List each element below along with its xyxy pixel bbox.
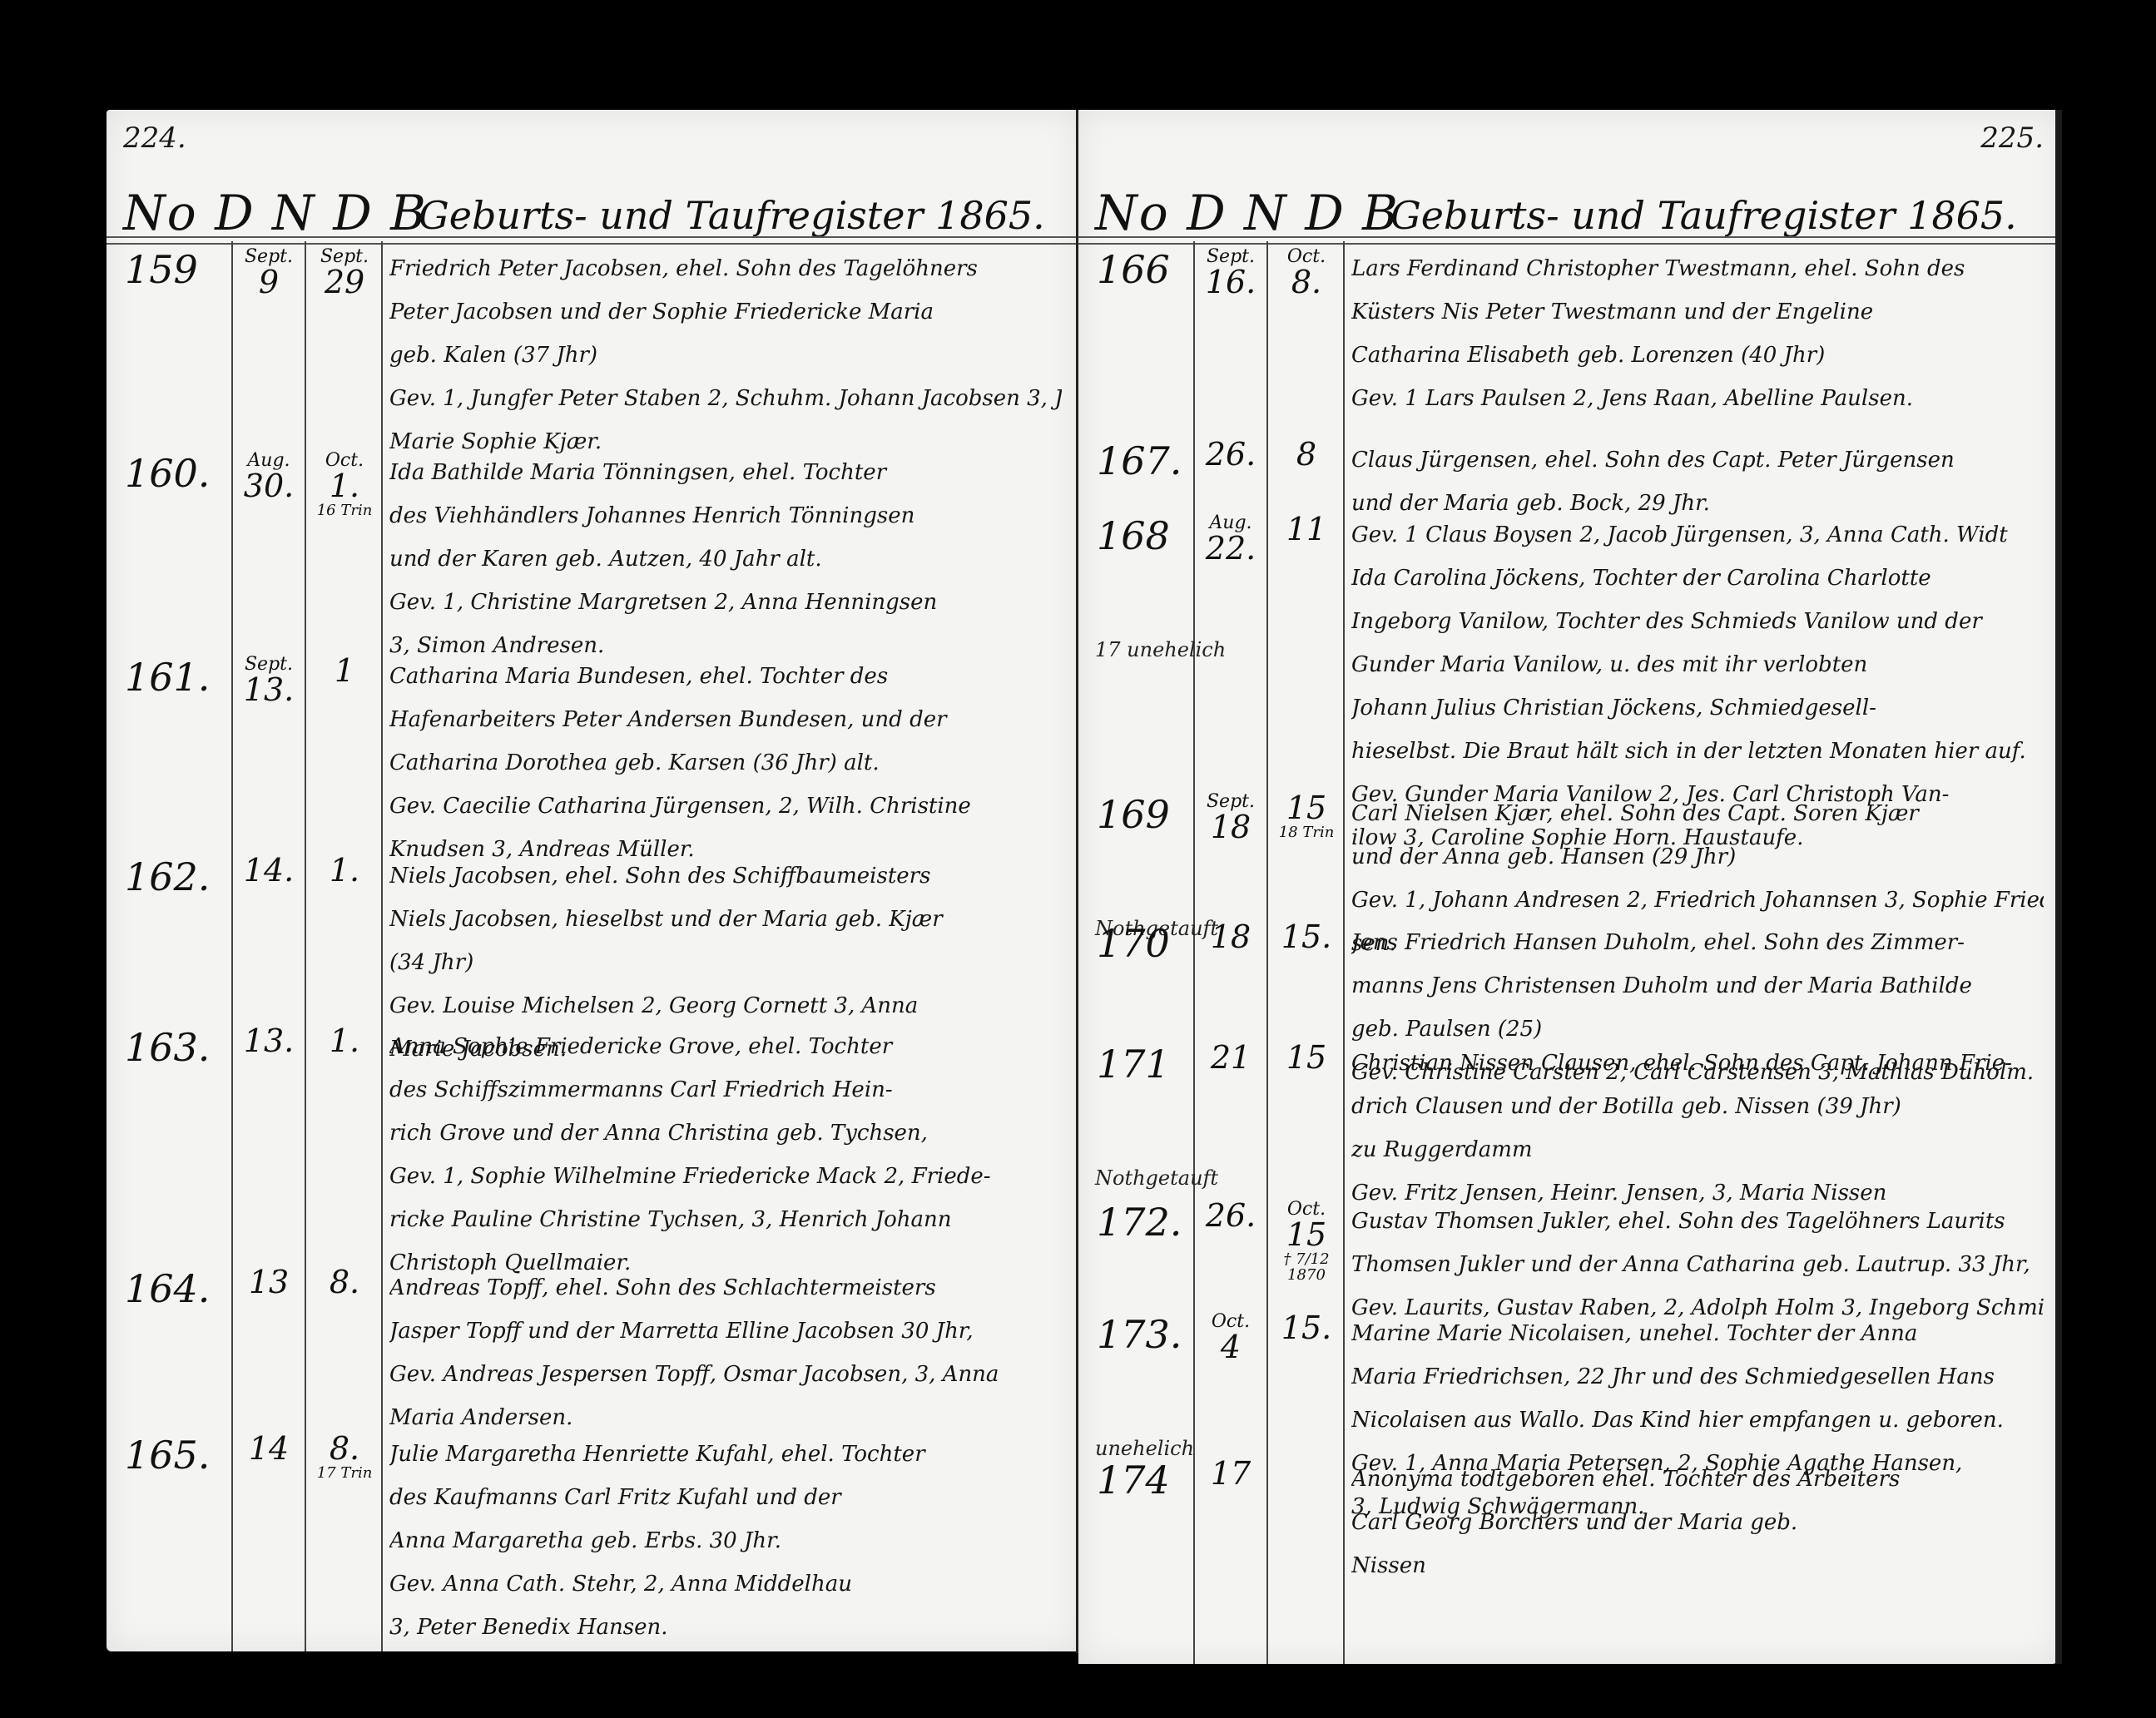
birth-date: Aug.22. xyxy=(1197,513,1264,566)
page-number: 224. xyxy=(123,121,186,155)
birth-date: 14. xyxy=(235,854,302,888)
entry-line: Gustav Thomsen Jukler, ehel. Sohn des Ta… xyxy=(1351,1200,2044,1243)
birth-day: 13. xyxy=(244,1022,294,1059)
birth-date: Sept.9 xyxy=(235,247,302,300)
entry-number: 166 xyxy=(1097,247,1172,292)
left-page: 224. No D N D B Geburts- und Taufregiste… xyxy=(107,110,1078,1651)
baptism-day: 1 xyxy=(335,652,354,689)
entry-line: rich Grove und der Anna Christina geb. T… xyxy=(389,1112,1062,1155)
entry-number: 171 xyxy=(1097,1042,1172,1087)
entry-line: Gev. 1, Jungfer Peter Staben 2, Schuhm. … xyxy=(389,377,1062,420)
entry-line: Lars Ferdinand Christopher Twestmann, eh… xyxy=(1351,247,2044,290)
entry-number: 168 xyxy=(1097,513,1172,558)
baptism-date: Oct.1.16 Trin xyxy=(311,451,378,519)
entry-line: Maria Friedrichsen, 22 Jhr und des Schmi… xyxy=(1351,1355,2044,1399)
birth-day: 30. xyxy=(244,468,294,504)
entry-line: zu Ruggerdamm xyxy=(1351,1128,2044,1171)
baptism-date: 1518 Trin xyxy=(1273,792,1340,841)
entry-text: Anna Sophie Friedericke Grove, ehel. Toc… xyxy=(389,1025,1062,1285)
entry-line: Gev. 1, Sophie Wilhelmine Friedericke Ma… xyxy=(389,1155,1062,1198)
entry-text: Claus Jürgensen, ehel. Sohn des Capt. Pe… xyxy=(1351,438,2044,525)
baptism-day: 15 xyxy=(1286,1216,1326,1253)
birth-day: 14 xyxy=(249,1430,289,1467)
entry-line: Hafenarbeiters Peter Andersen Bundesen, … xyxy=(389,698,1062,741)
entry-line: Gev. 1, Johann Andresen 2, Friedrich Joh… xyxy=(1351,879,2044,922)
entry-text: Christian Nissen Clausen, ehel. Sohn des… xyxy=(1351,1042,2044,1215)
entry-line: Thomsen Jukler und der Anna Catharina ge… xyxy=(1351,1243,2044,1286)
baptism-date: Sept.29 xyxy=(311,247,378,300)
baptism-date: 1. xyxy=(311,854,378,888)
birth-day: 13. xyxy=(244,671,294,708)
entry-line: Anna Sophie Friedericke Grove, ehel. Toc… xyxy=(389,1025,1062,1068)
birth-day: 18 xyxy=(1211,918,1251,955)
entry-line: Nicolaisen aus Wallo. Das Kind hier empf… xyxy=(1351,1399,2044,1442)
baptism-day: 15. xyxy=(1281,1310,1331,1346)
birth-day: 17 xyxy=(1211,1455,1251,1492)
baptism-day: 15 xyxy=(1286,1039,1326,1076)
baptism-day: 8. xyxy=(1291,264,1321,300)
birth-day: 26. xyxy=(1206,436,1256,473)
birth-day: 18 xyxy=(1211,809,1251,845)
birth-day: 16. xyxy=(1206,264,1256,300)
birth-date: Sept.18 xyxy=(1197,792,1264,844)
entry-text: Lars Ferdinand Christopher Twestmann, eh… xyxy=(1351,247,2044,420)
entry-line: (34 Jhr) xyxy=(389,941,1062,984)
column-divider xyxy=(305,241,306,1651)
entry-line: Gunder Maria Vanilow, u. des mit ihr ver… xyxy=(1351,643,2044,686)
entry-line: Marine Marie Nicolaisen, unehel. Tochter… xyxy=(1351,1312,2044,1355)
birth-date: Oct.4 xyxy=(1197,1312,1264,1364)
entry-line: Ida Bathilde Maria Tönningsen, ehel. Toc… xyxy=(389,451,1062,494)
entry-text: Anonyma todtgeboren ehel. Tochter des Ar… xyxy=(1351,1458,2044,1587)
entry-number: 169 xyxy=(1097,792,1172,837)
right-page: 225. No D N D B Geburts- und Taufregiste… xyxy=(1078,110,2060,1664)
birth-day: 9 xyxy=(259,264,279,300)
entry-line: Ingeborg Vanilow, Tochter des Schmieds V… xyxy=(1351,600,2044,643)
margin-note: Nothgetauft xyxy=(1095,1166,1218,1190)
birth-day: 4 xyxy=(1221,1329,1241,1365)
entry-line: geb. Kalen (37 Jhr) xyxy=(389,334,1062,377)
birth-date: 13. xyxy=(235,1025,302,1058)
entry-line: Christian Nissen Clausen, ehel. Sohn des… xyxy=(1351,1042,2044,1085)
column-divider xyxy=(1343,241,1345,1664)
entry-line: 3, Peter Benedix Hansen. xyxy=(389,1606,1062,1649)
entry-line: Anna Margaretha geb. Erbs. 30 Jhr. xyxy=(389,1519,1062,1562)
margin-note: unehelich xyxy=(1095,1437,1194,1460)
entry-line: Peter Jacobsen und der Sophie Friederick… xyxy=(389,290,1062,334)
birth-date: 14 xyxy=(235,1433,302,1466)
birth-date: 26. xyxy=(1197,438,1264,472)
column-headers: No D N D B xyxy=(123,185,428,241)
entry-number: 161. xyxy=(125,655,200,700)
baptism-day: 8. xyxy=(330,1264,359,1300)
entry-line: Carl Georg Borchers und der Maria geb. xyxy=(1351,1501,2044,1544)
baptism-day: 15 xyxy=(1286,790,1326,826)
entry-text: Friedrich Peter Jacobsen, ehel. Sohn des… xyxy=(389,247,1062,463)
birth-date: 17 xyxy=(1197,1458,1264,1491)
baptism-day: 1. xyxy=(330,1022,359,1059)
margin-note: 17 unehelich xyxy=(1095,638,1226,661)
birth-day: 14. xyxy=(244,852,294,889)
baptism-date: 15. xyxy=(1273,1312,1340,1345)
entry-line: Gev. Anna Cath. Stehr, 2, Anna Middelhau xyxy=(389,1562,1062,1606)
birth-day: 26. xyxy=(1206,1197,1256,1234)
entry-number: 159 xyxy=(125,247,200,292)
birth-date: Sept.16. xyxy=(1197,247,1264,300)
birth-day: 13 xyxy=(249,1264,289,1300)
baptism-date: Oct.15† 7/12 1870 xyxy=(1273,1200,1340,1284)
birth-day: 22. xyxy=(1206,530,1256,567)
entry-line: ricke Pauline Christine Tychsen, 3, Henr… xyxy=(389,1198,1062,1241)
entry-line: Catharina Dorothea geb. Karsen (36 Jhr) … xyxy=(389,741,1062,785)
baptism-day: 1. xyxy=(330,852,359,889)
baptism-day: 29 xyxy=(325,264,364,300)
baptism-date: 8 xyxy=(1273,438,1340,472)
entry-number: 173. xyxy=(1097,1312,1172,1357)
entry-line: Johann Julius Christian Jöckens, Schmied… xyxy=(1351,686,2044,730)
entry-line: Gev. 1 Claus Boysen 2, Jacob Jürgensen, … xyxy=(1351,513,2044,557)
entry-number: 160. xyxy=(125,451,200,496)
entry-line: Gev. Louise Michelsen 2, Georg Cornett 3… xyxy=(389,984,1062,1027)
baptism-date: 8. xyxy=(311,1266,378,1300)
entry-number: 170 xyxy=(1097,921,1172,966)
baptism-day: 11 xyxy=(1286,511,1326,547)
entry-number: 163. xyxy=(125,1025,200,1070)
register-title: Geburts- und Taufregister 1865. xyxy=(419,193,1045,238)
entry-number: 164. xyxy=(125,1266,200,1311)
entry-text: Ida Bathilde Maria Tönningsen, ehel. Toc… xyxy=(389,451,1062,667)
entry-line: Friedrich Peter Jacobsen, ehel. Sohn des… xyxy=(389,247,1062,290)
baptism-day: 1. xyxy=(330,468,359,504)
entry-text: Catharina Maria Bundesen, ehel. Tochter … xyxy=(389,655,1062,871)
entry-line: Niels Jacobsen, ehel. Sohn des Schiffbau… xyxy=(389,854,1062,898)
baptism-date: 11 xyxy=(1273,513,1340,547)
baptism-note: 17 Trin xyxy=(311,1466,378,1482)
entry-text: Andreas Topff, ehel. Sohn des Schlachter… xyxy=(389,1266,1062,1439)
entry-number: 162. xyxy=(125,854,200,899)
entry-line: des Kaufmanns Carl Fritz Kufahl und der xyxy=(389,1476,1062,1519)
entry-line: und der Anna geb. Hansen (29 Jhr) xyxy=(1351,835,2044,879)
entry-line: Anonyma todtgeboren ehel. Tochter des Ar… xyxy=(1351,1458,2044,1501)
register-title: Geburts- und Taufregister 1865. xyxy=(1390,193,2017,238)
entry-line: Gev. 1, Christine Margretsen 2, Anna Hen… xyxy=(389,581,1062,624)
baptism-date: 1 xyxy=(311,655,378,688)
birth-day: 21 xyxy=(1211,1039,1251,1076)
entry-line: Julie Margaretha Henriette Kufahl, ehel.… xyxy=(389,1433,1062,1476)
entry-number: 167. xyxy=(1097,438,1172,483)
column-divider xyxy=(381,241,383,1651)
birth-date: Aug.30. xyxy=(235,451,302,503)
birth-date: 13 xyxy=(235,1266,302,1300)
entry-line: manns Jens Christensen Duholm und der Ma… xyxy=(1351,964,2044,1008)
entry-number: 174 xyxy=(1097,1458,1172,1503)
entry-line: und der Karen geb. Autzen, 40 Jahr alt. xyxy=(389,537,1062,581)
header-rule xyxy=(107,236,1078,245)
birth-date: Sept.13. xyxy=(235,655,302,707)
entry-number: 172. xyxy=(1097,1200,1172,1245)
entry-line: Gev. 1 Lars Paulsen 2, Jens Raan, Abelli… xyxy=(1351,377,2044,420)
baptism-day: 8 xyxy=(1296,436,1316,473)
entry-line: Claus Jürgensen, ehel. Sohn des Capt. Pe… xyxy=(1351,438,2044,482)
birth-date: 26. xyxy=(1197,1200,1264,1233)
entry-text: Gustav Thomsen Jukler, ehel. Sohn des Ta… xyxy=(1351,1200,2044,1329)
birth-date: 18 xyxy=(1197,921,1264,954)
header-rule xyxy=(1078,236,2060,245)
baptism-date: 8.17 Trin xyxy=(311,1433,378,1482)
baptism-date: Oct.8. xyxy=(1273,247,1340,300)
birth-date: 21 xyxy=(1197,1042,1264,1075)
entry-line: Jens Friedrich Hansen Duholm, ehel. Sohn… xyxy=(1351,921,2044,964)
entry-line: Gev. Caecilie Catharina Jürgensen, 2, Wi… xyxy=(389,785,1062,828)
entry-line: Catharina Elisabeth geb. Lorenzen (40 Jh… xyxy=(1351,334,2044,377)
page-number: 225. xyxy=(1980,121,2044,155)
baptism-date: 15. xyxy=(1273,921,1340,954)
baptism-note: 18 Trin xyxy=(1273,825,1340,841)
entry-line: drich Clausen und der Botilla geb. Nisse… xyxy=(1351,1085,2044,1128)
column-divider xyxy=(1266,241,1268,1664)
entry-line: Nissen xyxy=(1351,1544,2044,1587)
baptism-date: 1. xyxy=(311,1025,378,1058)
entry-line: Carl Nielsen Kjær, ehel. Sohn des Capt. … xyxy=(1351,792,2044,835)
entry-number: 165. xyxy=(125,1433,200,1478)
page-edge xyxy=(2055,110,2062,1664)
entry-line: Andreas Topff, ehel. Sohn des Schlachter… xyxy=(389,1266,1062,1310)
column-divider xyxy=(231,241,233,1651)
entry-line: Niels Jacobsen, hieselbst und der Maria … xyxy=(389,898,1062,941)
entry-line: Gev. Andreas Jespersen Topff, Osmar Jaco… xyxy=(389,1353,1062,1396)
entry-text: Julie Margaretha Henriette Kufahl, ehel.… xyxy=(389,1433,1062,1649)
baptism-note: † 7/12 1870 xyxy=(1273,1252,1340,1284)
column-headers: No D N D B xyxy=(1095,185,1400,241)
entry-line: Catharina Maria Bundesen, ehel. Tochter … xyxy=(389,655,1062,698)
entry-line: des Viehhändlers Johannes Henrich Tönnin… xyxy=(389,494,1062,537)
baptism-day: 8. xyxy=(330,1430,359,1467)
baptism-note: 16 Trin xyxy=(311,503,378,519)
entry-line: Jasper Topff und der Marretta Elline Jac… xyxy=(389,1310,1062,1353)
entry-line: des Schiffszimmermanns Carl Friedrich He… xyxy=(389,1068,1062,1112)
entry-line: hieselbst. Die Braut hält sich in der le… xyxy=(1351,730,2044,773)
entry-line: Küsters Nis Peter Twestmann und der Enge… xyxy=(1351,290,2044,334)
baptism-date: 15 xyxy=(1273,1042,1340,1075)
entry-line: Ida Carolina Jöckens, Tochter der Caroli… xyxy=(1351,557,2044,600)
baptism-day: 15. xyxy=(1281,918,1331,955)
